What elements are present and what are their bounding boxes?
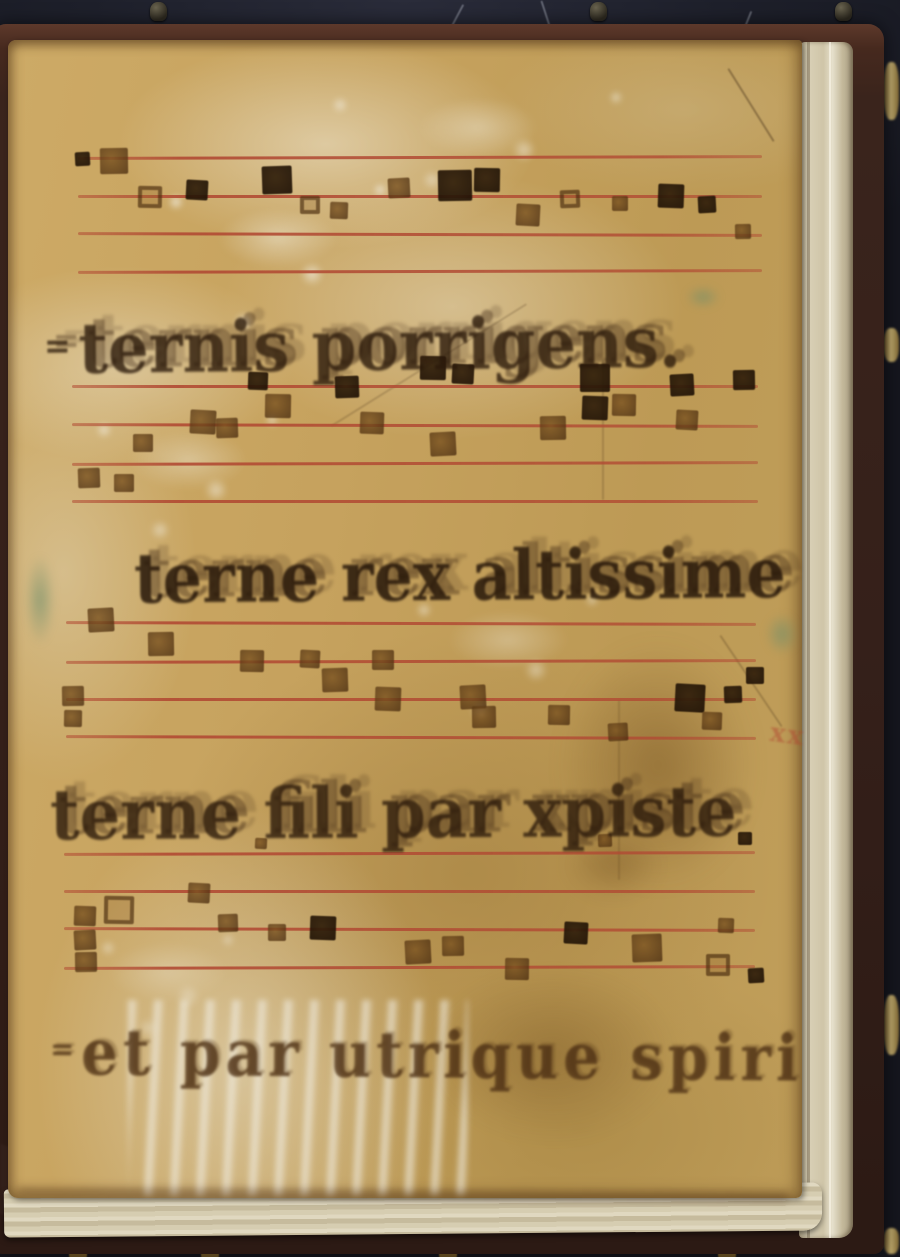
amber-stain — [528, 600, 788, 930]
neume-square — [104, 896, 134, 925]
staff-3-line-4 — [66, 735, 756, 740]
staff-3-line-1 — [66, 621, 756, 626]
neume-square — [442, 936, 464, 956]
chant-text-line-2: terne rex altissime — [134, 532, 787, 619]
brass-clasp — [884, 995, 899, 1055]
crease-line — [727, 68, 774, 142]
neume-square — [310, 916, 337, 941]
neume-square — [100, 148, 128, 174]
chant-text: ternis porrigens. — [78, 302, 681, 391]
staff-2-line-2 — [72, 423, 758, 428]
hyphen-mark: = — [44, 324, 69, 366]
neume-square — [185, 179, 208, 200]
neume-square — [148, 632, 174, 656]
manuscript-photograph: =ternis porrigens. terne rex altissime t… — [0, 0, 900, 1257]
chant-text: terne rex altissime — [134, 532, 787, 619]
green-stain — [760, 606, 804, 662]
staff-1-line-4 — [78, 269, 762, 274]
neume-square — [375, 687, 402, 712]
neume-square — [138, 186, 162, 208]
neume-square — [658, 184, 685, 209]
neume-square — [300, 649, 321, 668]
neume-square — [738, 832, 752, 845]
neume-square — [474, 168, 500, 192]
neume-square — [133, 434, 153, 452]
staff-1-line-1 — [78, 155, 762, 160]
neume-square — [724, 686, 743, 704]
neume-square — [265, 394, 291, 418]
staff-4-line-4 — [64, 965, 755, 970]
neume-square — [387, 177, 410, 198]
neume-square — [75, 152, 91, 167]
neume-square — [515, 203, 540, 226]
neume-square — [733, 370, 755, 390]
neume-square — [187, 882, 210, 903]
neume-square — [360, 412, 385, 435]
green-stain — [680, 282, 726, 312]
neume-square — [706, 954, 730, 976]
neume-square — [268, 924, 286, 941]
staff-2-line-3 — [72, 461, 758, 466]
neume-square — [240, 650, 264, 672]
neume-square — [608, 722, 629, 741]
chant-text-line-3: terne fili par xpiste — [50, 771, 737, 857]
hyphen-mark: = — [50, 1030, 73, 1068]
neume-square — [560, 190, 581, 209]
staff-3-line-2 — [66, 659, 756, 664]
neume-square — [218, 914, 239, 933]
staff-4-line-2 — [64, 890, 755, 893]
neume-square — [87, 607, 114, 632]
neume-square — [429, 431, 456, 456]
neume-square — [330, 202, 349, 220]
brass-clasp — [884, 1228, 899, 1254]
green-stain — [20, 540, 60, 660]
neume-square — [582, 396, 609, 421]
neume-square — [372, 650, 394, 670]
chant-text: et par utrique spiri — [81, 1015, 804, 1096]
metal-stud — [590, 2, 607, 21]
page-stack-fore-edge — [799, 42, 853, 1238]
neume-square — [548, 705, 570, 725]
neume-square — [718, 918, 735, 934]
neume-square — [78, 468, 101, 489]
neume-square — [300, 196, 320, 214]
metal-stud — [835, 2, 852, 21]
neume-square — [322, 668, 349, 693]
red-marginal-mark: xx — [768, 718, 807, 753]
neume-square — [748, 968, 765, 984]
neume-square — [505, 958, 529, 980]
neume-square — [404, 939, 431, 964]
neume-square — [472, 706, 496, 728]
neume-square — [612, 196, 628, 211]
staff-2-line-4 — [72, 500, 758, 503]
neume-square — [746, 667, 764, 684]
manuscript-page: =ternis porrigens. terne rex altissime t… — [8, 40, 802, 1198]
neume-square — [674, 683, 705, 713]
staff-3-line-3 — [66, 698, 756, 701]
neume-square — [563, 921, 588, 944]
neume-square — [75, 952, 97, 972]
neume-square — [73, 929, 96, 950]
neume-square — [612, 394, 636, 416]
chant-text: terne fili par xpiste — [50, 771, 737, 857]
neume-square — [702, 712, 723, 731]
neume-square — [262, 165, 293, 194]
neume-square — [216, 418, 239, 439]
brass-clasp — [884, 328, 899, 362]
neume-square — [114, 474, 134, 492]
neume-square — [64, 710, 82, 727]
brass-clasp — [884, 62, 899, 120]
chant-text-line-1: =ternis porrigens. — [44, 302, 682, 391]
chant-text-line-4: =et par utrique spiri — [50, 1015, 804, 1096]
neume-square — [698, 196, 717, 214]
neume-square — [735, 224, 751, 239]
neume-square — [74, 906, 97, 927]
neume-square — [189, 409, 216, 434]
neume-square — [632, 933, 663, 962]
neume-square — [675, 409, 698, 430]
staff-4-line-3 — [64, 927, 755, 932]
neume-square — [540, 416, 566, 440]
metal-stud — [150, 2, 167, 21]
neume-square — [438, 170, 473, 202]
neume-square — [62, 686, 84, 706]
staff-1-line-3 — [78, 232, 762, 237]
